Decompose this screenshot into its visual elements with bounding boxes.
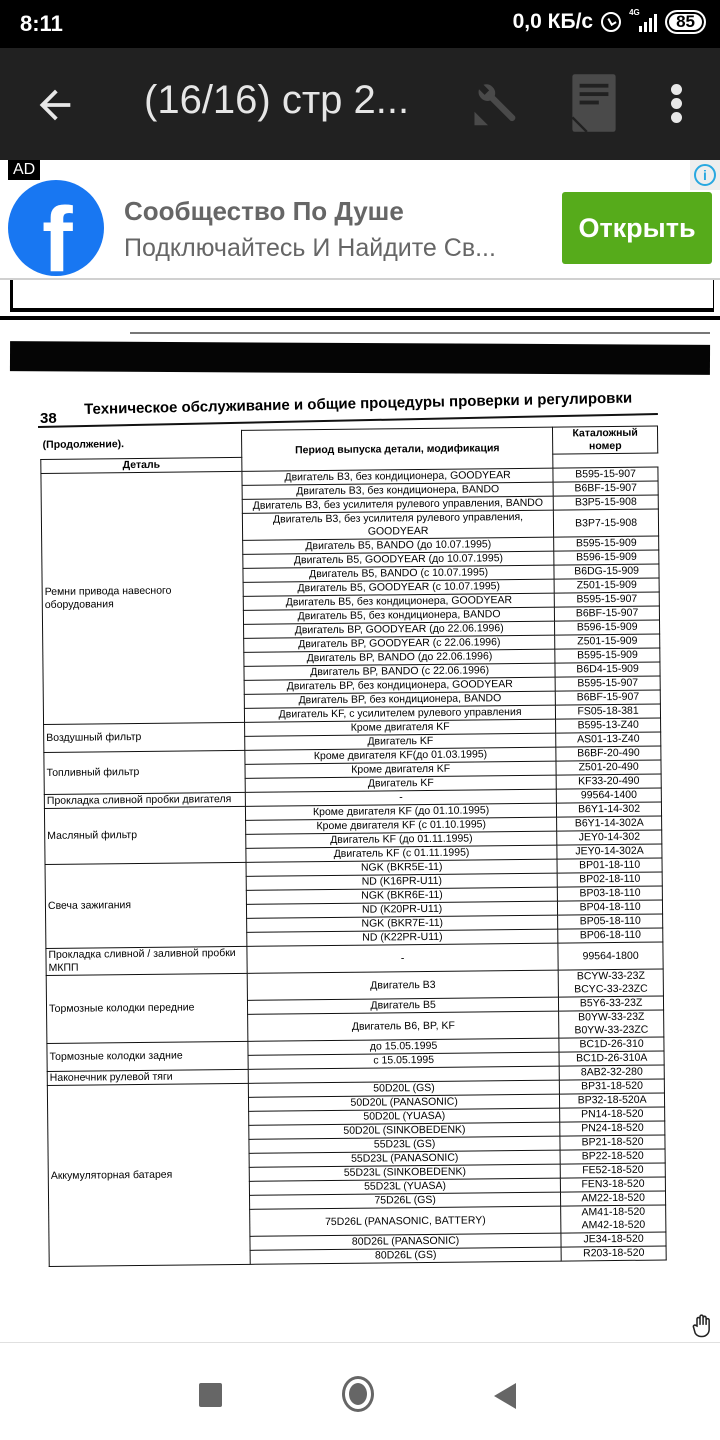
- table-cell-catalog: B596-15-909: [555, 620, 660, 635]
- page-number: 38: [40, 410, 57, 427]
- table-cell-catalog: B596-15-909: [554, 550, 659, 565]
- table-cell-detail: Прокладка сливной / заливной пробки МКПП: [46, 946, 247, 975]
- table-cell-catalog: JE34-18-520: [561, 1232, 666, 1247]
- table-cell-catalog: B6BF-15-907: [553, 481, 658, 496]
- battery-icon: 85: [665, 10, 706, 34]
- table-cell-catalog: 8AB2-32-280: [559, 1065, 664, 1080]
- previous-page-bottom: [10, 280, 714, 312]
- column-header-catalog: Каталожный номер: [553, 426, 658, 454]
- table-cell-catalog: BP31-18-520: [560, 1079, 665, 1094]
- table-cell-detail: Воздушный фильтр: [44, 722, 245, 752]
- table-cell-catalog: BC1D-26-310A: [559, 1051, 664, 1066]
- table-cell-catalog: B0YW-33-23Z B0YW-33-23ZC: [559, 1010, 664, 1038]
- recent-apps-icon[interactable]: [199, 1383, 222, 1407]
- page-heading: Техническое обслуживание и общие процеду…: [84, 390, 632, 418]
- scan-artifact-band: [10, 341, 710, 375]
- table-cell-period: Двигатель B3, без усилителя рулевого упр…: [242, 510, 553, 540]
- table-cell-catalog: B6D4-15-909: [555, 662, 660, 677]
- back-icon[interactable]: [494, 1383, 516, 1409]
- continuation-label: (Продолжение).: [41, 430, 242, 459]
- ad-tag: AD: [8, 160, 40, 180]
- table-cell-catalog: AS01-13-Z40: [556, 732, 661, 747]
- parts-table: (Продолжение). Период выпуска детали, мо…: [40, 426, 667, 1267]
- table-cell-detail: Топливный фильтр: [44, 750, 245, 794]
- table-cell-catalog: B595-15-907: [555, 676, 660, 691]
- alarm-icon: [601, 12, 621, 32]
- table-cell-catalog: B5Y6-33-23Z: [559, 996, 664, 1011]
- table-cell-catalog: KF33-20-490: [556, 774, 661, 789]
- table-cell-catalog: B6Y1-14-302A: [557, 816, 662, 831]
- more-vert-icon[interactable]: [664, 84, 688, 128]
- table-cell-detail: Аккумуляторная батарея: [47, 1083, 250, 1266]
- home-icon[interactable]: [342, 1376, 374, 1412]
- signal-icon: 4G: [629, 12, 657, 32]
- ad-subtitle: Подключайтесь И Найдите Св...: [124, 234, 496, 263]
- table-cell-catalog: BP22-18-520: [560, 1149, 665, 1164]
- table-cell-catalog: BP01-18-110: [557, 858, 662, 873]
- table-cell-catalog: FEN3-18-520: [561, 1177, 666, 1192]
- table-cell-catalog: Z501-15-909: [555, 634, 660, 649]
- ad-banner[interactable]: AD i f Сообщество По Душе Подключайтесь …: [0, 160, 720, 280]
- table-cell-catalog: B3P7-15-908: [554, 509, 659, 537]
- table-cell-catalog: B6BF-15-907: [555, 606, 660, 621]
- table-cell-detail: Свеча зажигания: [45, 862, 247, 948]
- table-cell-detail: Масляный фильтр: [44, 806, 246, 864]
- table-cell-catalog: Z501-15-909: [554, 578, 659, 593]
- facebook-logo: f: [8, 180, 104, 276]
- app-bar: (16/16) стр 2...: [0, 48, 720, 160]
- hand-pan-icon[interactable]: [690, 1312, 718, 1340]
- ad-open-button[interactable]: Открыть: [562, 192, 712, 264]
- table-cell-catalog: B6BF-20-490: [556, 746, 661, 761]
- table-cell-catalog: B595-15-909: [555, 648, 660, 663]
- table-cell-catalog: BP06-18-110: [558, 928, 663, 943]
- table-cell-catalog: 99564-1800: [558, 942, 663, 970]
- status-bar: 8:11 0,0 КБ/с 4G 85: [0, 0, 720, 48]
- table-cell-catalog: PN24-18-520: [560, 1121, 665, 1136]
- document-icon[interactable]: [570, 74, 618, 132]
- table-cell-detail: Ремни привода навесного оборудования: [41, 471, 245, 724]
- table-cell-catalog: BCYW-33-23Z BCYC-33-23ZC: [558, 969, 663, 997]
- ad-info-button[interactable]: i: [690, 160, 720, 190]
- table-cell-detail: Тормозные колодки передние: [46, 973, 248, 1043]
- table-cell-catalog: B595-15-909: [554, 536, 659, 551]
- table-cell-catalog: B595-13-Z40: [556, 718, 661, 733]
- table-cell-catalog: AM41-18-520 AM42-18-520: [561, 1205, 666, 1233]
- scan-artifact: [130, 332, 710, 334]
- table-cell-catalog: 99564-1400: [556, 788, 661, 803]
- system-nav-bar: [0, 1342, 720, 1440]
- table-cell-period: Двигатель B3: [247, 970, 558, 1000]
- table-cell-catalog: Z501-20-490: [556, 760, 661, 775]
- table-cell-period: -: [247, 943, 558, 973]
- net-speed: 0,0 КБ/с: [513, 10, 593, 34]
- table-cell-catalog: BC1D-26-310: [559, 1037, 664, 1052]
- table-cell-catalog: FE52-18-520: [560, 1163, 665, 1178]
- table-cell-catalog: FS05-18-381: [556, 704, 661, 719]
- table-cell-catalog: BP04-18-110: [558, 900, 663, 915]
- table-cell-period: 80D26L (GS): [250, 1247, 561, 1264]
- table-cell-detail: Тормозные колодки задние: [47, 1041, 248, 1071]
- table-cell-catalog: B6Y1-14-302: [557, 802, 662, 817]
- table-cell-catalog: BP02-18-110: [557, 872, 662, 887]
- page-separator: [0, 316, 720, 320]
- table-cell-catalog: JEY0-14-302A: [557, 844, 662, 859]
- table-cell-catalog: BP21-18-520: [560, 1135, 665, 1150]
- info-icon: i: [694, 164, 716, 186]
- status-time: 8:11: [20, 11, 63, 37]
- status-icons: 0,0 КБ/с 4G 85: [513, 10, 706, 34]
- table-cell-catalog: BP03-18-110: [557, 886, 662, 901]
- table-cell-detail: Прокладка сливной пробки двигателя: [44, 792, 245, 808]
- table-cell-catalog: AM22-18-520: [561, 1191, 666, 1206]
- table-cell-catalog: B6DG-15-909: [554, 564, 659, 579]
- back-arrow-icon[interactable]: [32, 82, 78, 128]
- table-cell-catalog: B3P5-15-908: [553, 495, 658, 510]
- document-title: (16/16) стр 2...: [144, 78, 409, 123]
- ad-title: Сообщество По Душе: [124, 196, 404, 227]
- table-cell-period: Двигатель B6, BP, KF: [248, 1011, 559, 1041]
- table-cell-catalog: BP32-18-520A: [560, 1093, 665, 1108]
- table-cell-catalog: B595-15-907: [553, 467, 658, 482]
- table-cell-catalog: JEY0-14-302: [557, 830, 662, 845]
- column-header-period: Период выпуска детали, модификация: [241, 427, 553, 471]
- table-cell-catalog: R203-18-520: [561, 1246, 666, 1261]
- network-type: 4G: [629, 8, 640, 17]
- table-cell-period: 75D26L (PANASONIC, BATTERY): [250, 1206, 561, 1236]
- table-cell-catalog: BP05-18-110: [558, 914, 663, 929]
- table-cell-catalog: B595-15-907: [554, 592, 659, 607]
- table-cell-catalog: PN14-18-520: [560, 1107, 665, 1122]
- table-cell-catalog: B6BF-15-907: [555, 690, 660, 705]
- wrench-icon[interactable]: [470, 78, 524, 132]
- document-viewer[interactable]: 38 Техническое обслуживание и общие проц…: [0, 280, 720, 1342]
